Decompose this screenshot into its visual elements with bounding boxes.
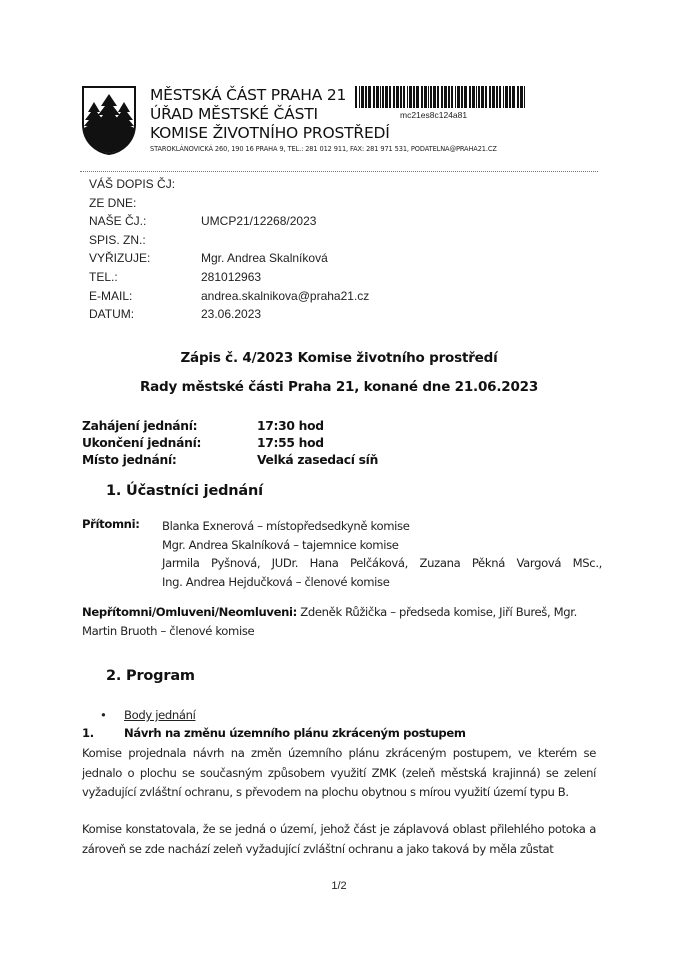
paragraph: Komise projednala návrh na změn územního… <box>82 744 596 803</box>
bullet-icon: • <box>100 708 124 722</box>
reference-value: UMCP21/12268/2023 <box>201 212 316 231</box>
meeting-label: Místo jednání: <box>82 452 176 469</box>
document-title: Zápis č. 4/2023 Komise životního prostře… <box>0 350 678 366</box>
document-page: MĚSTSKÁ ČÁST PRAHA 21 ÚŘAD MĚSTSKÉ ČÁSTI… <box>0 0 678 960</box>
meeting-value: 17:55 hod <box>257 435 324 452</box>
reference-label: ZE DNE: <box>89 194 136 213</box>
header-separator <box>80 171 598 172</box>
reference-label: SPIS. ZN.: <box>89 231 146 250</box>
present-member: Jarmila Pyšnová, JUDr. Hana Pelčáková, Z… <box>162 554 602 573</box>
office-name: ÚŘAD MĚSTSKÉ ČÁSTI <box>150 105 318 123</box>
reference-label: DATUM: <box>89 305 134 324</box>
reference-label: VYŘIZUJE: <box>89 249 150 268</box>
meeting-value: 17:30 hod <box>257 418 324 435</box>
section-heading-participants: 1. Účastníci jednání <box>106 483 263 499</box>
agenda-point-title: Návrh na změnu územního plánu zkráceným … <box>124 726 466 740</box>
address-line: STAROKLÁNOVICKÁ 260, 190 16 PRAHA 9, TEL… <box>150 145 497 153</box>
paragraph: Komise konstatovala, že se jedná o území… <box>82 820 596 859</box>
document-subtitle: Rady městské části Praha 21, konané dne … <box>0 379 678 395</box>
coat-of-arms-trees-icon <box>80 84 138 156</box>
reference-value: 23.06.2023 <box>201 305 261 324</box>
agenda-bullet: •Body jednání <box>100 708 196 722</box>
meeting-label: Ukončení jednání: <box>82 435 201 452</box>
reference-value: 281012963 <box>201 268 261 287</box>
reference-label: VÁŠ DOPIS ČJ: <box>89 175 175 194</box>
meeting-value: Velká zasedací síň <box>257 452 378 469</box>
absent-label: Nepřítomni/Omluveni/Neomluveni: <box>82 605 297 619</box>
page-number: 1/2 <box>0 880 678 892</box>
present-member: Blanka Exnerová – místopředsedkyně komis… <box>162 517 602 536</box>
reference-value: andrea.skalnikova@praha21.cz <box>201 287 369 306</box>
present-member: Ing. Andrea Hejdučková – členové komise <box>162 573 602 592</box>
present-label: Přítomni: <box>82 517 140 531</box>
reference-value: Mgr. Andrea Skalníková <box>201 249 328 268</box>
present-member: Mgr. Andrea Skalníková – tajemnice komis… <box>162 536 602 555</box>
agenda-label: Body jednání <box>124 708 196 722</box>
reference-label: E-MAIL: <box>89 287 132 306</box>
section-heading-program: 2. Program <box>106 668 195 684</box>
barcode-text: mc21es8c124a81 <box>400 110 467 120</box>
meeting-label: Zahájení jednání: <box>82 418 197 435</box>
committee-name: KOMISE ŽIVOTNÍHO PROSTŘEDÍ <box>150 124 390 142</box>
reference-label: TEL.: <box>89 268 118 287</box>
agenda-point-number: 1. <box>82 726 94 740</box>
municipality-name: MĚSTSKÁ ČÁST PRAHA 21 <box>150 86 346 104</box>
reference-label: NAŠE ČJ.: <box>89 212 146 231</box>
present-list: Blanka Exnerová – místopředsedkyně komis… <box>162 517 602 591</box>
absent-block: Nepřítomni/Omluveni/Neomluveni: Zdeněk R… <box>82 603 602 640</box>
barcode <box>355 86 527 108</box>
